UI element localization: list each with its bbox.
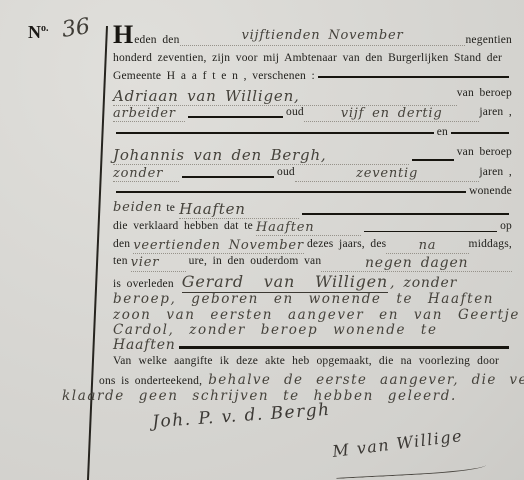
printed-van-beroep-2: van beroep — [457, 146, 512, 158]
handwritten-detail-3: Cardol, zonder beroep wonende te — [113, 322, 438, 338]
printed-middags: middags, — [469, 238, 512, 250]
declaration-line: die verklaard hebben dat te Haaften op — [113, 220, 512, 236]
deceased-detail-line-2: zoon van eersten aangever en van Geertje — [113, 307, 512, 323]
printed-oud-1: oud — [286, 106, 304, 118]
certificate-page: No. 36 Heden den vijftienden November ne… — [0, 0, 524, 480]
printed-die-verklaard: die verklaard hebben dat te — [113, 220, 253, 232]
printed-dezes-jaars: dezes jaars, des — [307, 238, 386, 250]
filler-rule — [451, 132, 509, 134]
death-date-line: den veertienden November dezes jaars, de… — [113, 238, 512, 254]
signature-flourish — [336, 460, 486, 479]
printed-den: den — [113, 238, 130, 250]
handwritten-detail-1: beroep, geboren en wonende te Haaften — [113, 291, 494, 307]
opening-line-3: Gemeente H a a f t e n , verschenen : — [113, 70, 512, 82]
opening-line-2: honderd zeventien, zijn voor mij Ambtena… — [113, 52, 512, 64]
handwritten-declarant1-name: Adriaan van Willigen, — [113, 87, 457, 106]
conjunction-line: en — [113, 126, 512, 138]
filler-rule — [188, 116, 283, 119]
closing-line-1: Van welke aangifte ik deze akte heb opge… — [99, 355, 513, 367]
printed-wonende: wonende — [469, 185, 512, 197]
deceased-detail-line-3: Cardol, zonder beroep wonende te — [113, 322, 512, 338]
handwritten-residence: Haaften — [179, 200, 299, 219]
deceased-detail-line-4: Haaften — [113, 337, 512, 353]
declarant2-occupation-line: zonder oud zeventig jaren , — [113, 166, 512, 182]
act-number-label: No. — [28, 22, 49, 43]
printed-negentien: negentien — [465, 34, 512, 46]
closing-line-2: ons is onderteekend, behalve de eerste a… — [99, 372, 513, 388]
registrar-signature: M van Willige — [331, 426, 464, 461]
handwritten-closing-3: klaarde geen schrijven te hebben geleerd… — [62, 388, 457, 404]
declarant1-name-line: Adriaan van Willigen, van beroep — [113, 87, 512, 106]
declarant1-occupation-line: arbeider oud vijf en dertig jaren , — [113, 106, 512, 122]
printed-en: en — [437, 126, 448, 138]
filler-rule — [116, 132, 434, 135]
filler-rule — [116, 191, 466, 194]
handwritten-death-place: Haaften — [256, 220, 361, 236]
printed-closing-1: Van welke aangifte ik deze akte heb opge… — [99, 355, 499, 367]
act-number-ordinal: o. — [41, 23, 49, 34]
printed-ten: ten — [113, 255, 128, 267]
act-number-value: 36 — [60, 14, 91, 43]
printed-op: op — [500, 220, 512, 232]
declarant2-name-line: Johannis van den Bergh, van beroep — [113, 146, 512, 165]
handwritten-daypart: na — [386, 238, 468, 254]
declarant-signature: Joh. P. v. d. Bergh — [152, 400, 332, 432]
printed-closing-2: ons is onderteekend, — [99, 375, 202, 387]
handwritten-declarant2-name: Johannis van den Bergh, — [113, 146, 409, 165]
deceased-name-line: is overleden Gerard van Willigen , zonde… — [113, 272, 512, 293]
handwritten-death-reg-date: vijftienden November — [180, 28, 466, 46]
printed-oud-2: oud — [277, 166, 295, 178]
handwritten-death-hour: vier — [131, 255, 186, 272]
handwritten-declarant1-age: vijf en dertig — [304, 106, 480, 122]
filler-rule — [179, 346, 509, 349]
printed-jaren-1: jaren , — [479, 106, 512, 118]
printed-ure-ouderdom: ure, in den ouderdom van — [189, 255, 322, 267]
drop-cap-h: H — [113, 28, 133, 42]
act-number-n: N — [28, 22, 41, 42]
printed-is-overleden: is overleden — [113, 278, 174, 290]
filler-rule — [182, 176, 274, 179]
printed-te: te — [166, 202, 175, 214]
filler-rule — [364, 231, 497, 233]
handwritten-declarant2-occupation: zonder — [113, 166, 179, 182]
closing-line-3: klaarde geen schrijven te hebben geleerd… — [62, 388, 482, 404]
printed-registrar-line: honderd zeventien, zijn voor mij Ambtena… — [113, 52, 502, 64]
handwritten-detail-2: zoon van eersten aangever en van Geertje — [113, 307, 520, 323]
handwritten-detail-4: Haaften — [113, 337, 176, 353]
printed-heden-den: eden den — [134, 34, 179, 46]
handwritten-declarant1-occupation: arbeider — [113, 106, 185, 122]
printed-van-beroep-1: van beroep — [457, 87, 512, 99]
opening-line-1: Heden den vijftienden November negentien — [113, 28, 512, 46]
margin-rule — [87, 26, 108, 480]
handwritten-death-date: veertienden November — [133, 238, 304, 254]
handwritten-name-tail: , zonder — [390, 275, 457, 291]
filler-rule — [412, 159, 454, 161]
death-certificate-scan: { "certificate": { "number": { "label": … — [0, 0, 524, 480]
wonende-line: wonende — [113, 185, 512, 197]
death-hour-line: ten vier ure, in den ouderdom van negen … — [113, 255, 512, 272]
deceased-detail-line-1: beroep, geboren en wonende te Haaften — [113, 291, 512, 307]
printed-gemeente-line: Gemeente H a a f t e n , verschenen : — [113, 70, 315, 82]
handwritten-deceased-name: Gerard van Willigen — [182, 272, 388, 293]
handwritten-deceased-age: negen dagen — [321, 255, 512, 272]
handwritten-beiden: beiden — [113, 200, 162, 215]
handwritten-declarant2-age: zeventig — [295, 166, 480, 182]
filler-rule — [318, 76, 509, 79]
handwritten-closing-2: behalve de eerste aangever, die ver- — [208, 372, 524, 388]
residence-line: beiden te Haaften — [113, 200, 512, 219]
filler-rule — [302, 213, 509, 215]
printed-jaren-2: jaren , — [479, 166, 512, 178]
